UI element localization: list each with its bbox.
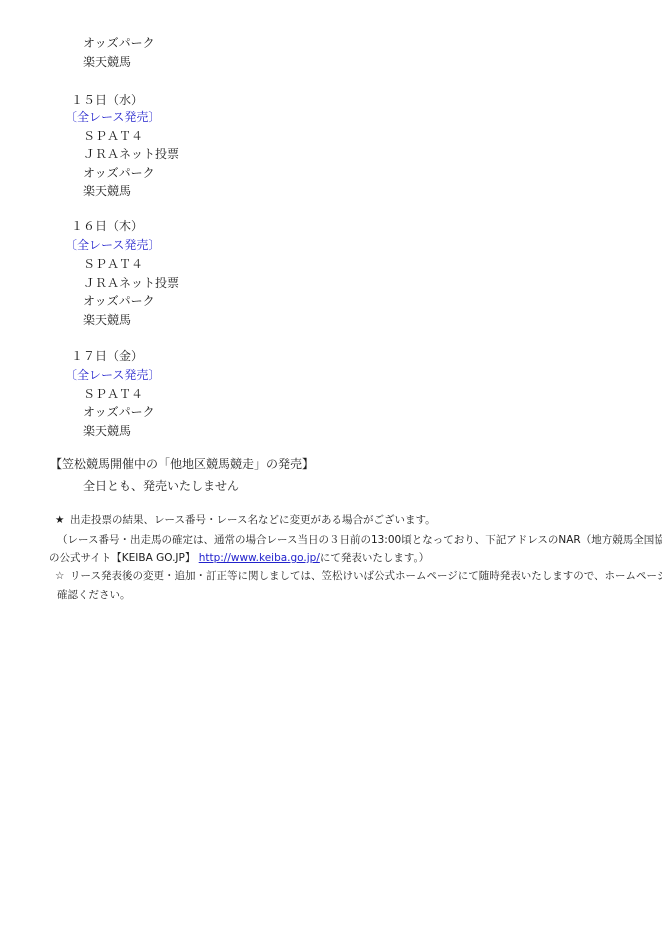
all-races-notice: 〔全レース発売〕 [65, 238, 160, 253]
footnote-1-line-2: （レース番号・出走馬の確定は、通常の場合レース当日の３日前の13:00頃となって… [57, 533, 662, 547]
sale-channel-item: オッズパーク [83, 36, 155, 51]
sale-channel-item: ＪＲＡネット投票 [83, 276, 179, 291]
footnote-2-line-2: 確認ください。 [57, 588, 131, 602]
footnote-text: 出走投票の結果、レース番号・レース名などに変更がある場合がございます。 [70, 514, 436, 526]
star-filled-icon: ★ [55, 513, 70, 527]
sale-channel-item: 楽天競馬 [83, 313, 131, 328]
sale-channel-item: オッズパーク [83, 405, 155, 420]
footnote-1-line-3: の公式サイト【KEIBA GO.JP】 http://www.keiba.go.… [49, 551, 429, 565]
all-races-notice: 〔全レース発売〕 [65, 110, 160, 125]
sale-channel-item: オッズパーク [83, 294, 155, 309]
sale-channel-item: オッズパーク [83, 166, 155, 181]
sale-channel-item: ＳＰＡＴ４ [83, 387, 143, 402]
footnote-text: リース発表後の変更・追加・訂正等に関しましては、笠松けいば公式ホームページにて随… [70, 570, 662, 582]
date-heading: １５日（水） [71, 93, 143, 108]
sale-channel-item: 楽天競馬 [83, 184, 131, 199]
sale-channel-item: ＳＰＡＴ４ [83, 129, 143, 144]
sale-channel-item: 楽天競馬 [83, 424, 131, 439]
sale-channel-item: ＪＲＡネット投票 [83, 147, 179, 162]
keiba-go-jp-link[interactable]: http://www.keiba.go.jp/ [199, 552, 320, 564]
star-open-icon: ☆ [55, 569, 70, 583]
footnote-text: にて発表いたします。） [320, 552, 429, 564]
sale-channel-item: ＳＰＡＴ４ [83, 257, 143, 272]
date-heading: １６日（木） [71, 219, 143, 234]
date-heading: １７日（金） [71, 349, 143, 364]
footnote-text: の公式サイト【KEIBA GO.JP】 [49, 552, 199, 564]
section-body: 全日とも、発売いたしません [83, 479, 239, 494]
all-races-notice: 〔全レース発売〕 [65, 368, 160, 383]
footnote-2-line-1: ☆リース発表後の変更・追加・訂正等に関しましては、笠松けいば公式ホームページにて… [55, 569, 662, 583]
footnote-1-line-1: ★出走投票の結果、レース番号・レース名などに変更がある場合がございます。 [55, 513, 436, 527]
section-heading: 【笠松競馬開催中の「他地区競馬競走」の発売】 [50, 457, 314, 472]
document-page: オッズパーク 楽天競馬 １５日（水） 〔全レース発売〕 ＳＰＡＴ４ ＪＲＡネット… [0, 0, 662, 936]
sale-channel-item: 楽天競馬 [83, 55, 131, 70]
